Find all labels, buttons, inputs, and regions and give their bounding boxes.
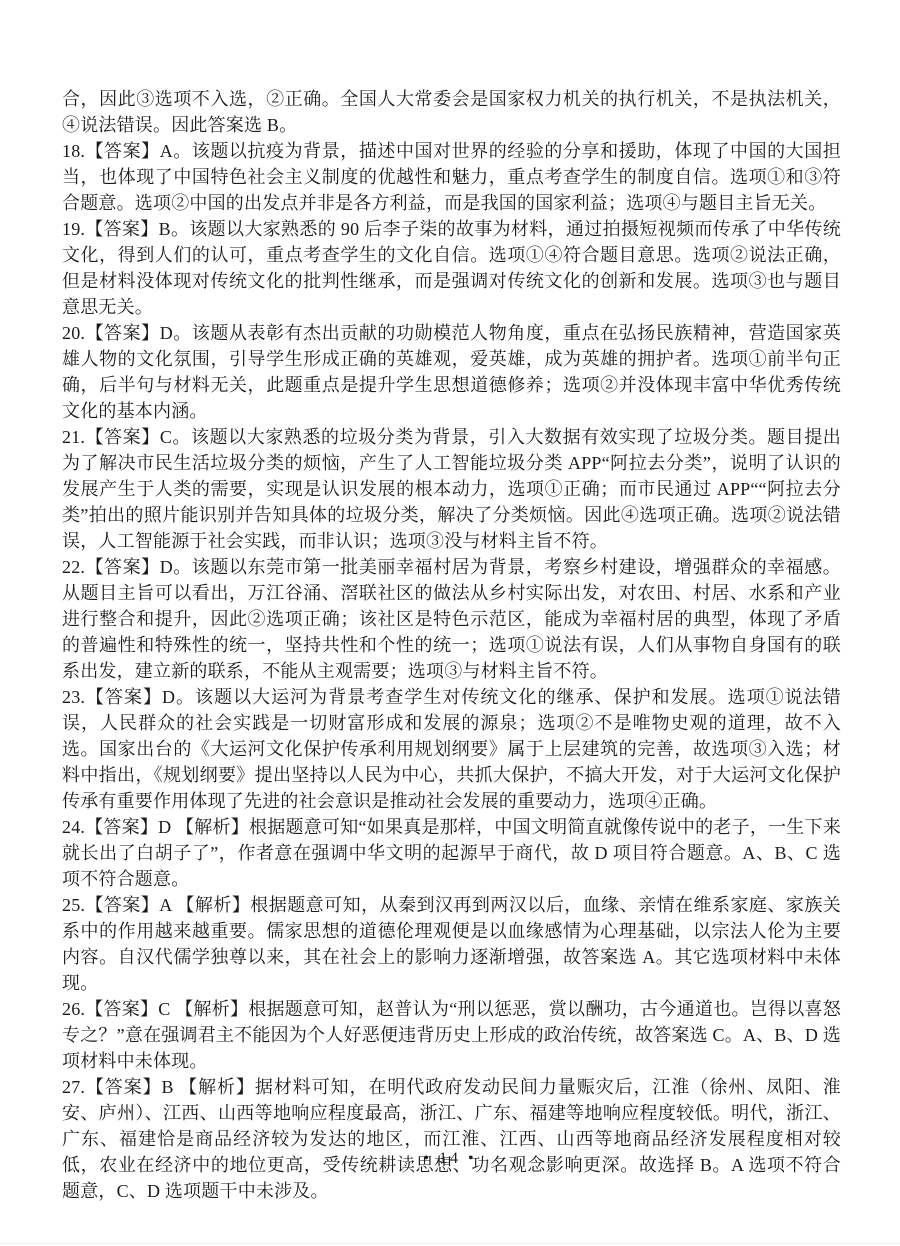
answer-paragraph-23: 23.【答案】D。该题以大运河为背景考查学生对传统文化的继承、保护和发展。选项①… xyxy=(62,684,841,814)
answer-paragraph-27: 27.【答案】B 【解析】据材料可知，在明代政府发动民间力量赈灾后，江淮（徐州、… xyxy=(62,1074,841,1204)
answers-text-block: 合，因此③选项不入选，②正确。全国人大常委会是国家权力机关的执行机关，不是执法机… xyxy=(62,86,841,1204)
page-number: • 14 • xyxy=(0,1150,900,1168)
answer-paragraph-18: 18.【答案】A。该题以抗疫为背景，描述中国对世界的经验的分享和援助，体现了中国… xyxy=(62,138,841,216)
answer-paragraph-19: 19.【答案】B。该题以大家熟悉的 90 后李子柒的故事为材料，通过拍摄短视频而… xyxy=(62,216,841,320)
answer-paragraph-22: 22.【答案】D。该题以东莞市第一批美丽幸福村居为背景，考察乡村建设，增强群众的… xyxy=(62,554,841,684)
answer-paragraph-20: 20.【答案】D。该题从表彰有杰出贡献的功勋模范人物角度，重点在弘扬民族精神，营… xyxy=(62,320,841,424)
answer-paragraph-26: 26.【答案】C 【解析】根据题意可知，赵普认为“刑以惩恶，赏以酬功，古今通道也… xyxy=(62,996,841,1074)
scan-edge-line xyxy=(0,1243,900,1244)
answer-paragraph-25: 25.【答案】A 【解析】根据题意可知，从秦到汉再到两汉以后，血缘、亲情在维系家… xyxy=(62,892,841,996)
answer-paragraph-24: 24.【答案】D 【解析】根据题意可知“如果真是那样，中国文明简直就像传说中的老… xyxy=(62,814,841,892)
scanned-document-page: 合，因此③选项不入选，②正确。全国人大常委会是国家权力机关的执行机关，不是执法机… xyxy=(0,0,900,1246)
answer-paragraph-21: 21.【答案】C。该题以大家熟悉的垃圾分类为背景，引入大数据有效实现了垃圾分类。… xyxy=(62,424,841,554)
answer-paragraph-continuation: 合，因此③选项不入选，②正确。全国人大常委会是国家权力机关的执行机关，不是执法机… xyxy=(62,86,841,138)
